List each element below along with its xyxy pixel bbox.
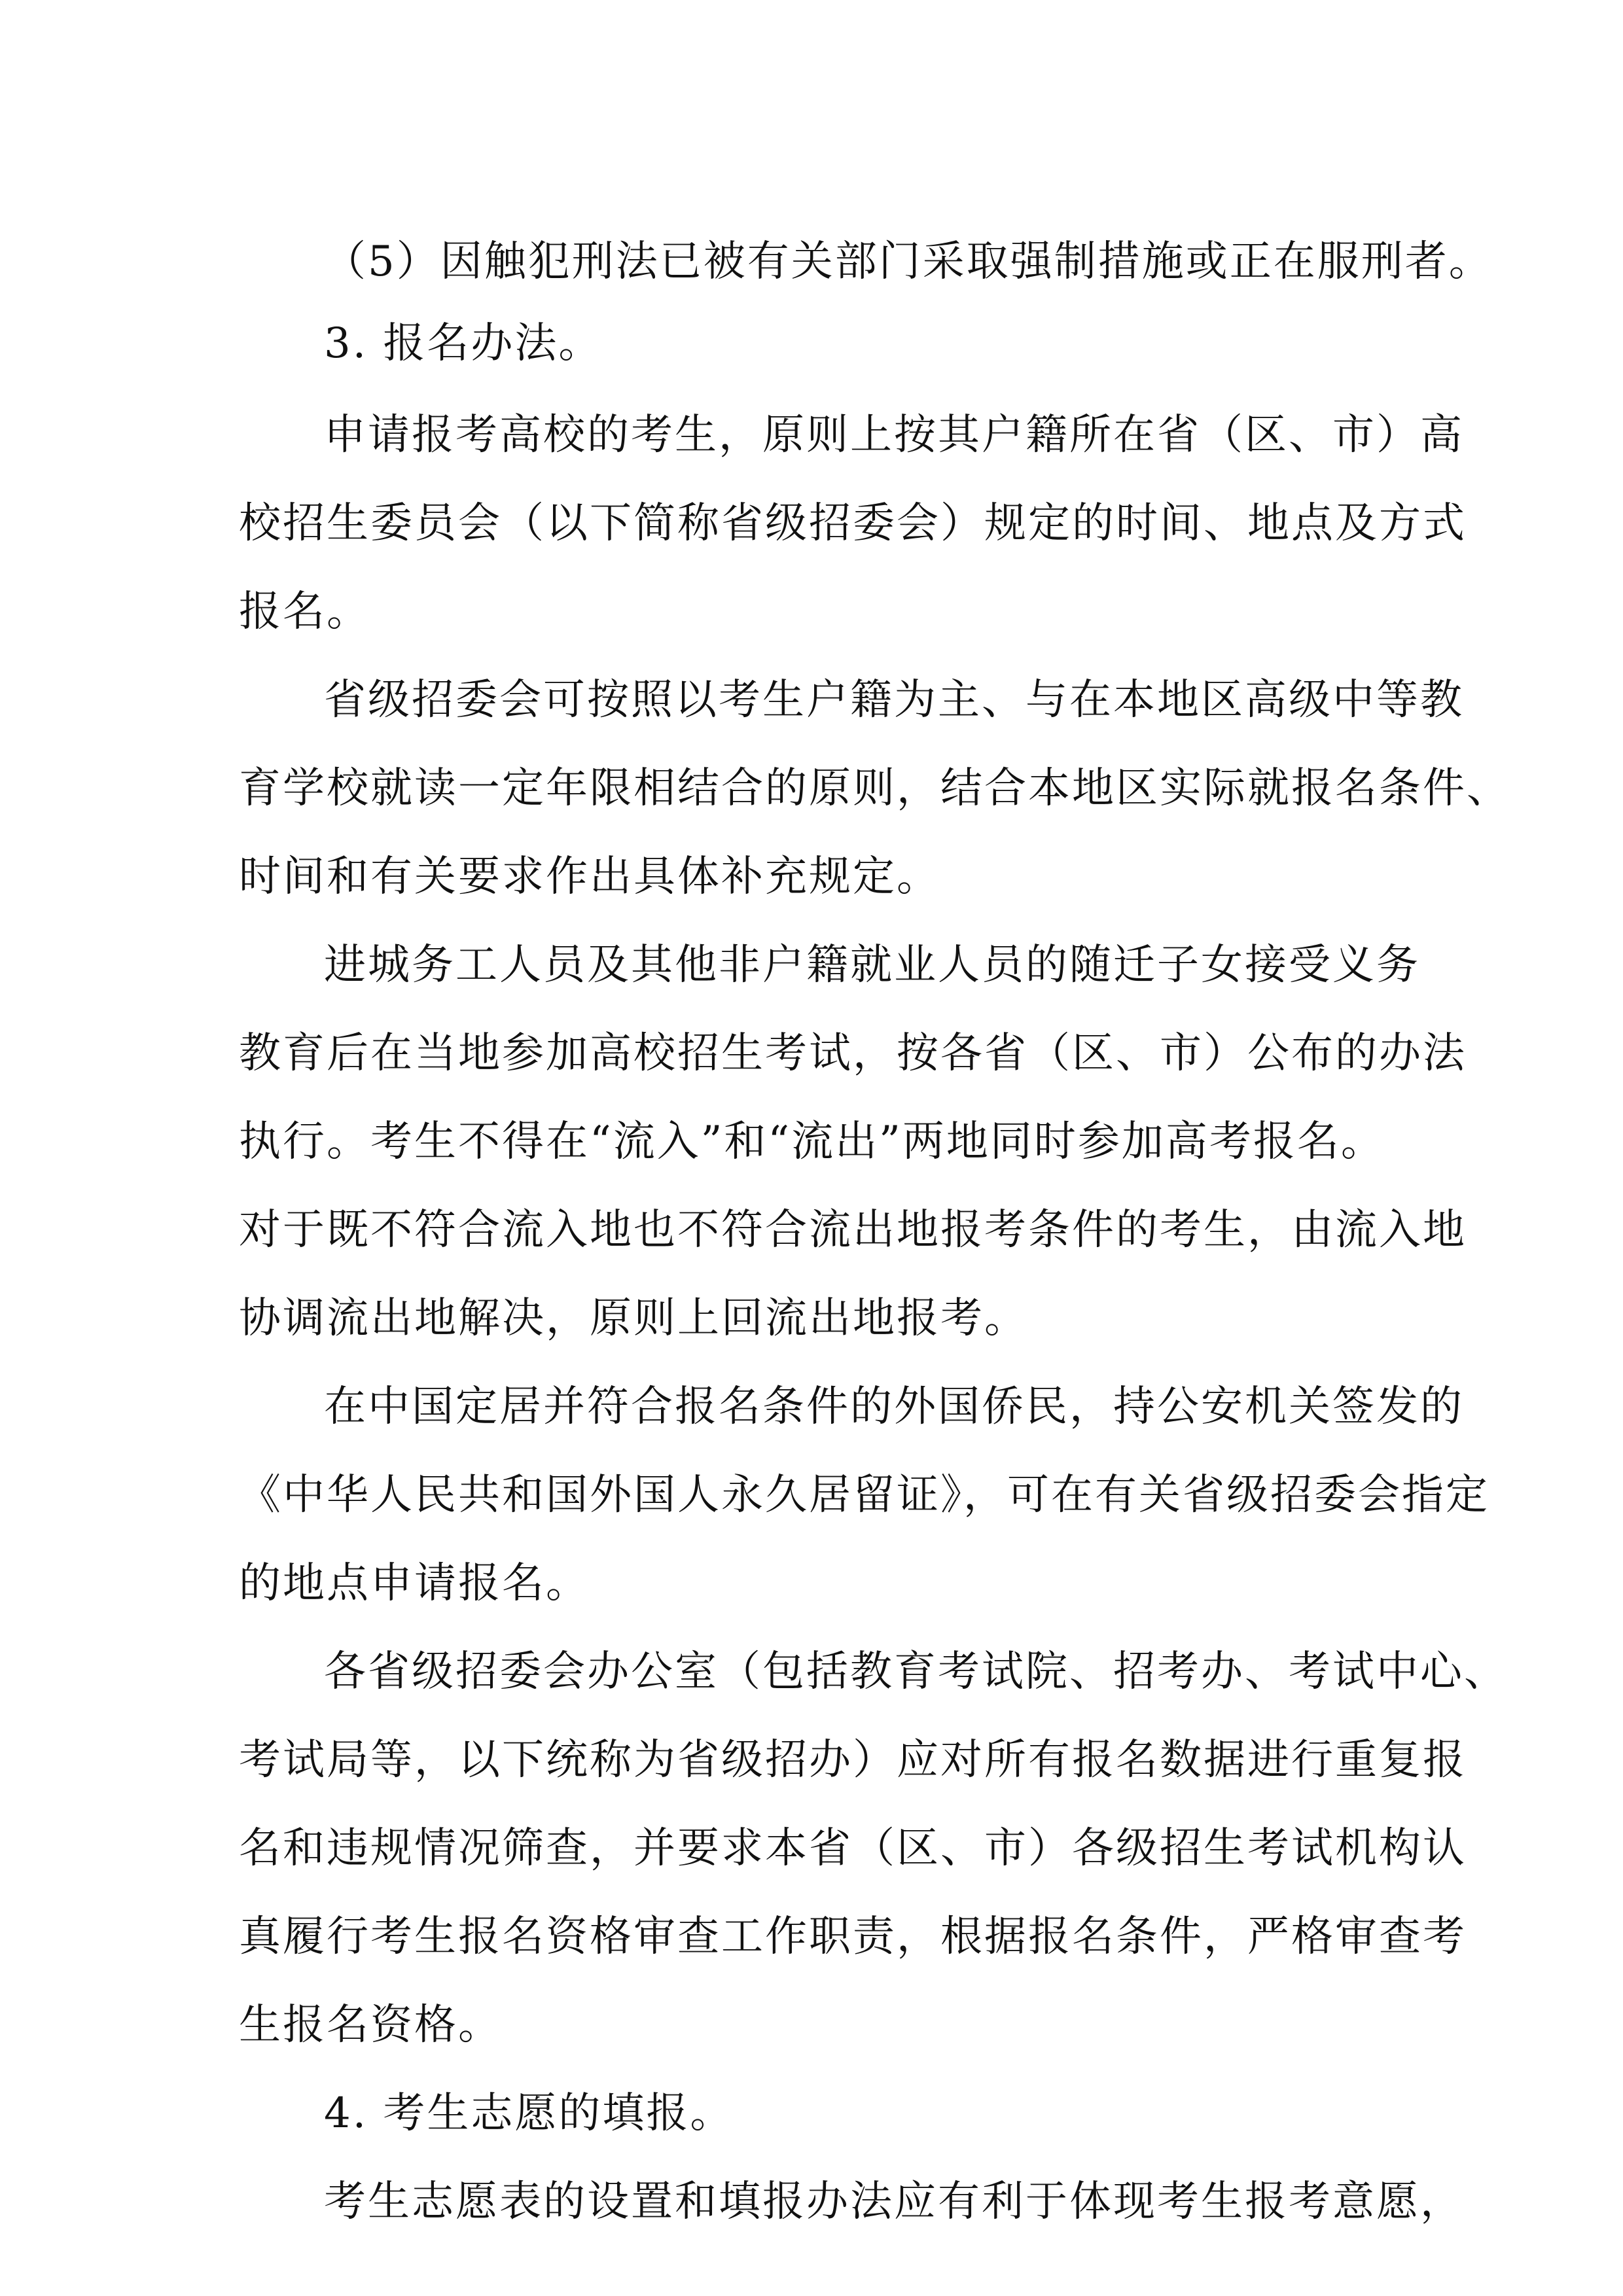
text-line-sub-item-5: （5）因触犯刑法已被有关部门采取强制措施或正在服刑者。 [324, 222, 1384, 301]
text-line: 各省级招委会办公室（包括教育考试院、招考办、考试中心、 [324, 1633, 1384, 1711]
text-line: 对于既不符合流入地也不符合流出地报考条件的考生，由流入地 [239, 1191, 1384, 1269]
text-line: 真履行考生报名资格审查工作职责，根据报名条件，严格审查考 [239, 1898, 1384, 1976]
section-heading-4: 4. 考生志愿的填报。 [324, 2074, 1384, 2153]
text-line: 省级招委会可按照以考生户籍为主、与在本地区高级中等教 [324, 661, 1384, 739]
text-line: 校招生委员会（以下简称省级招委会）规定的时间、地点及方式 [239, 484, 1384, 563]
text-line: 考试局等，以下统称为省级招办）应对所有报名数据进行重复报 [239, 1721, 1384, 1799]
text-line: 执行。考生不得在“流入”和“流出”两地同时参加高考报名。 [239, 1103, 1384, 1181]
text-line: 进城务工人员及其他非户籍就业人员的随迁子女接受义务 [324, 926, 1384, 1004]
text-line: 生报名资格。 [239, 1986, 1384, 2064]
text-line: 名和违规情况筛查，并要求本省（区、市）各级招生考试机构认 [239, 1809, 1384, 1888]
text-line: 申请报考高校的考生，原则上按其户籍所在省（区、市）高 [324, 396, 1384, 474]
text-line: 的地点申请报名。 [239, 1544, 1384, 1623]
text-line: 在中国定居并符合报名条件的外国侨民，持公安机关签发的 [324, 1368, 1384, 1446]
document-page: （5）因触犯刑法已被有关部门采取强制措施或正在服刑者。 3. 报名办法。 申请报… [0, 0, 1623, 2296]
text-line: 育学校就读一定年限相结合的原则，结合本地区实际就报名条件、 [239, 749, 1384, 828]
text-line: 教育后在当地参加高校招生考试，按各省（区、市）公布的办法 [239, 1014, 1384, 1093]
text-line: 时间和有关要求作出具体补充规定。 [239, 838, 1384, 916]
text-line: 考生志愿表的设置和填报办法应有利于体现考生报考意愿， [324, 2163, 1384, 2241]
text-line: 报名。 [239, 573, 1384, 651]
text-line: 协调流出地解决，原则上回流出地报考。 [239, 1279, 1384, 1358]
section-heading-3: 3. 报名办法。 [324, 304, 1384, 383]
text-line: 《中华人民共和国外国人永久居留证》，可在有关省级招委会指定 [239, 1456, 1384, 1534]
